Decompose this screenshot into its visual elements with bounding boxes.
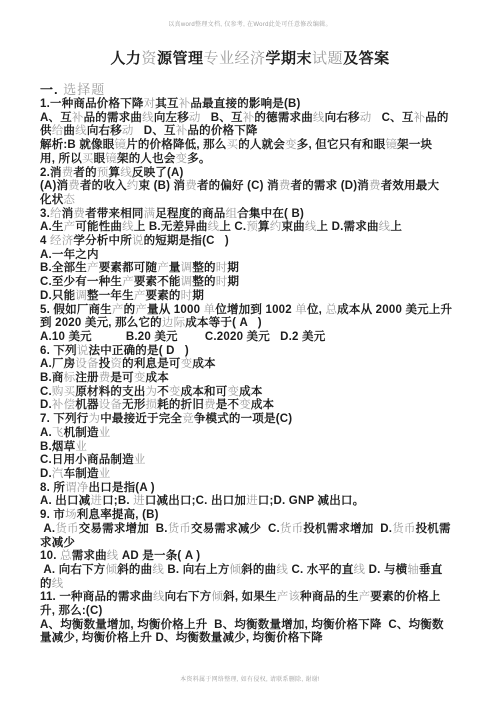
text-line: D.补偿机器设备无形损耗的折旧费是不变成本: [40, 399, 466, 413]
text-line: 1.一种商品价格下降对其互补品最直接的影响是(B): [40, 98, 466, 112]
text-line: A.飞机制造业: [40, 427, 466, 441]
text-line: (A)消费者的收入约束 (B) 消费者的偏好 (C) 消费者的需求 (D)消费者…: [40, 180, 466, 194]
text-line: A、互补品的需求曲线向左移动 B、互补的德需求曲线向右移动 C、互补品的: [40, 112, 466, 126]
text-line: C.日用小商品制造业: [40, 454, 466, 468]
text-line: 2.消费者的预算线反映了(A): [40, 167, 466, 181]
text-line: 9. 市场利息率提高, (B): [40, 509, 466, 523]
text-line: A、均衡数量增加, 均衡价格上升 B、均衡数量增加, 均衡价格下降 C、均衡数: [40, 619, 466, 633]
text-line: 5. 假如厂商生产的产量从 1000 单位增加到 1002 单位, 总成本从 2…: [40, 304, 466, 318]
text-line: B.烟草业: [40, 441, 466, 455]
text-line: 7. 下列行为中最接近于完全竞争模式的一项是(C): [40, 413, 466, 427]
text-line: 供给曲线向右移动 D、互补品的价格下降: [40, 125, 466, 139]
section-heading: 一. 选择题: [40, 79, 105, 98]
footer-note: 本资料属于网络整理, 如有侵权, 请联系删除, 谢谢!: [0, 674, 500, 683]
document-page: 以真word整理文档, 仅参考, 在Word此处可任意修改编辑。 人力资源管理专…: [0, 0, 500, 707]
text-line: 8. 所谓净出口是指(A ): [40, 482, 466, 496]
text-line: 3.给消费者带来相同满足程度的商品组合集中在( B): [40, 208, 466, 222]
text-line: 用, 所以买眼镜架的人也会变多。: [40, 153, 466, 167]
text-line: B.商标注册费是可变成本: [40, 372, 466, 386]
text-line: D.只能调整一年生产要素的时期: [40, 290, 466, 304]
text-line: A.10 美元 B.20 美元 C.2020 美元 D.2 美元: [40, 331, 466, 345]
text-line: 解析:B 就像眼镜片的价格降低, 那么买的人就会变多, 但它只有和眼镜架一块: [40, 139, 466, 153]
text-line: 4 经济学分析中所说的短期是指(C ): [40, 235, 466, 249]
page-title: 人力资源管理专业经济学期末试题及答案: [0, 47, 500, 68]
text-line: A. 出口减进口;B. 进口减出口;C. 出口加进口;D. GNP 减出口。: [40, 495, 466, 509]
text-line: 到 2020 美元, 那么它的边际成本等于( A ): [40, 317, 466, 331]
text-line: 化状态: [40, 194, 466, 208]
text-line: 10. 总需求曲线 AD 是一条( A ): [40, 550, 466, 564]
text-line: A.一年之内: [40, 249, 466, 263]
text-line: 的线: [40, 578, 466, 592]
text-line: D.汽车制造业: [40, 468, 466, 482]
text-line: C.至少有一种生产要素不能调整的时期: [40, 276, 466, 290]
text-line: 求减少: [40, 537, 466, 551]
text-line: A.货币交易需求增加 B.货币交易需求减少 C.货币投机需求增加 D.货币投机需: [40, 523, 466, 537]
text-line: 6. 下列说法中正确的是( D ): [40, 345, 466, 359]
text-line: 量减少, 均衡价格上升 D、均衡数量减少, 均衡价格下降: [40, 632, 466, 646]
text-line: 11. 一种商品的需求曲线向右下方倾斜, 如果生产该种商品的生产要素的价格上: [40, 591, 466, 605]
header-note: 以真word整理文档, 仅参考, 在Word此处可任意修改编辑。: [0, 19, 500, 28]
text-line: A. 向右下方倾斜的曲线 B. 向右上方倾斜的曲线 C. 水平的直线 D. 与横…: [40, 564, 466, 578]
text-line: 升, 那么:(C): [40, 605, 466, 619]
text-line: B.全部生产要素都可随产量调整的时期: [40, 262, 466, 276]
body-lines: 1.一种商品价格下降对其互补品最直接的影响是(B)A、互补品的需求曲线向左移动 …: [40, 98, 466, 646]
text-line: C.购买原材料的支出为不变成本和可变成本: [40, 386, 466, 400]
text-line: A.厂房设备投资的利息是可变成本: [40, 358, 466, 372]
text-line: A.生产可能性曲线上 B.无差异曲线上 C.预算约束曲线上 D.需求曲线上: [40, 221, 466, 235]
